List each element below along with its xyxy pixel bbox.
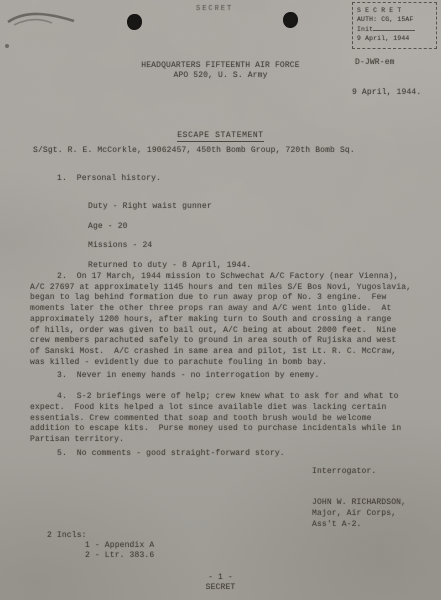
signature-rank: Major, Air Corps,: [312, 508, 406, 519]
section-3-line: 3. Never in enemy hands - no interrogati…: [57, 371, 319, 380]
enclosure-item: 2 - Ltr. 383.6: [85, 551, 154, 561]
letterhead-org-line2: APO 520, U. S. Army: [0, 71, 441, 81]
section-5-line: 5. No comments - good straight-forward s…: [57, 449, 285, 458]
paragraph-line: A/C 27697 at approximately 1145 hours an…: [30, 283, 411, 294]
enclosures-list: 1 - Appendix A 2 - Ltr. 383.6: [85, 541, 154, 561]
paragraph-line: essentials. Crew commented that soap and…: [30, 414, 401, 425]
section-2-paragraph: 2. On 17 March, 1944 mission to Schwecha…: [30, 272, 411, 368]
paragraph-line: Partisan territory.: [30, 435, 401, 446]
paragraph-line: 2. On 17 March, 1944 mission to Schwecha…: [30, 272, 411, 283]
letterhead: HEADQUARTERS FIFTEENTH AIR FORCE APO 520…: [0, 61, 441, 81]
subject-line: S/Sgt. R. E. McCorkle, 19062457, 450th B…: [33, 146, 355, 155]
paragraph-line: expect. Food kits helped a lot since ava…: [30, 403, 401, 414]
document-title: ESCAPE STATEMENT: [177, 131, 263, 142]
enclosures-heading: 2 Incls:: [47, 531, 87, 540]
stamp-init-label: Init: [357, 25, 436, 34]
section-1-heading: 1. Personal history.: [57, 174, 161, 183]
top-secret-stamp: SECRET: [196, 5, 233, 13]
paragraph-line: 4. S-2 briefings were of help; crew knew…: [30, 392, 401, 403]
scanned-document-page: SECRET S E C R E T AUTH: CG, 15AF Init 9…: [0, 0, 441, 600]
stamp-secret-label: S E C R E T: [357, 6, 436, 15]
interrogator-label: Interrogator.: [312, 467, 376, 476]
footer-secret-label: SECRET: [0, 583, 441, 593]
paragraph-line: approximately 1200 hours, after making t…: [30, 315, 411, 326]
init-signature-line: [373, 25, 415, 31]
paragraph-line: was killed - evidently due to parachute …: [30, 358, 411, 369]
document-title-band: ESCAPE STATEMENT: [0, 124, 441, 142]
paragraph-line: addition to escape kits. Purse money use…: [30, 424, 401, 435]
stamp-auth-label: AUTH: CG, 15AF: [357, 15, 436, 24]
signature-name: JOHN W. RICHARDSON,: [312, 497, 406, 508]
stamp-date-label: 9 April, 1944: [357, 34, 436, 43]
personal-history-missions: Missions - 24: [88, 236, 251, 256]
personal-history-duty: Duty - Right waist gunner: [88, 197, 251, 217]
footer: - 1 - SECRET: [0, 573, 441, 592]
paragraph-line: moments later the other three props ran …: [30, 304, 411, 315]
section-1-items: Duty - Right waist gunner Age - 20 Missi…: [88, 197, 251, 275]
punch-hole-right: [283, 12, 298, 28]
paragraph-line: of Sanski Most. A/C crashed in same area…: [30, 347, 411, 358]
paragraph-line: began to lag behind formation due to run…: [30, 293, 411, 304]
classification-stamp-box: S E C R E T AUTH: CG, 15AF Init 9 April,…: [352, 2, 437, 49]
enclosure-item: 1 - Appendix A: [85, 541, 154, 551]
section-4-paragraph: 4. S-2 briefings were of help; crew knew…: [30, 392, 401, 446]
signature-block: JOHN W. RICHARDSON, Major, Air Corps, As…: [312, 497, 406, 530]
signature-position: Ass't A-2.: [312, 519, 406, 530]
document-date: 9 April, 1944.: [352, 88, 421, 97]
footer-page-number: - 1 -: [0, 573, 441, 583]
letterhead-org-line1: HEADQUARTERS FIFTEENTH AIR FORCE: [0, 61, 441, 71]
paragraph-line: of hills, order was given to bail out, A…: [30, 326, 411, 337]
personal-history-age: Age - 20: [88, 217, 251, 237]
paragraph-line: crew members parachuted safely to ground…: [30, 336, 411, 347]
punch-hole-left: [127, 14, 142, 30]
